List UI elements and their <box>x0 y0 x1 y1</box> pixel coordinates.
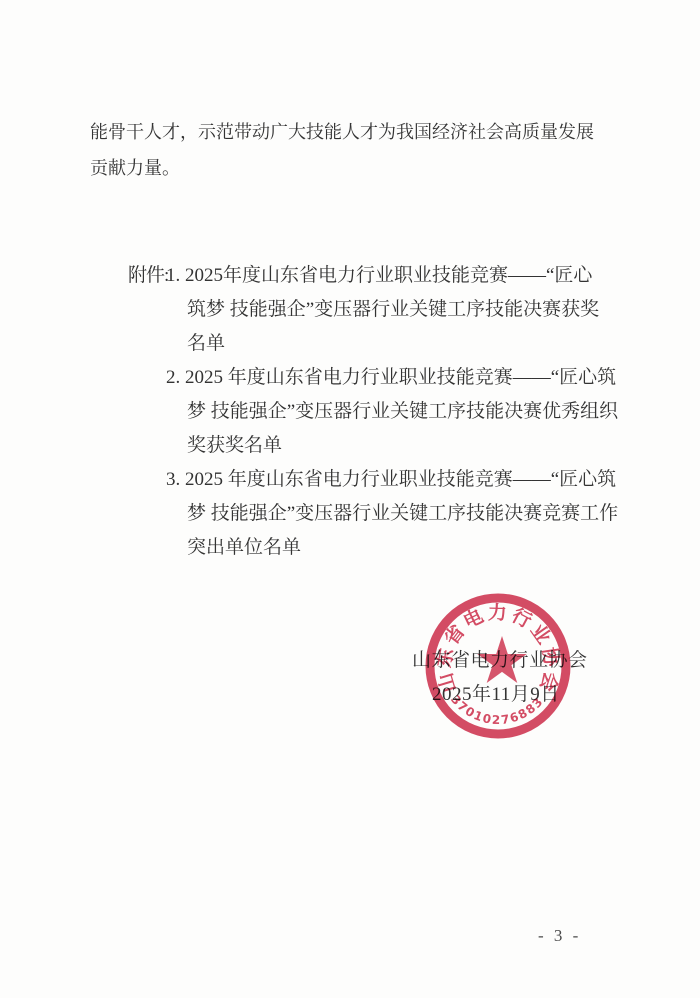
attachment-line: 1. 2025年度山东省电力行业职业技能竞赛——“匠心 <box>166 259 618 293</box>
paragraph-line: 贡献力量。 <box>90 150 594 186</box>
attachment-line: 梦 技能强企”变压器行业关键工序技能决赛竞赛工作 <box>187 497 618 531</box>
attachment-line: 突出单位名单 <box>187 531 618 565</box>
official-seal-stamp: 山东省电力行业协会 3701027688340 <box>425 593 571 739</box>
attachment-line: 筑梦 技能强企”变压器行业关键工序技能决赛获奖 <box>187 293 618 327</box>
attachment-line: 3. 2025 年度山东省电力行业职业技能竞赛——“匠心筑 <box>166 463 618 497</box>
attachment-line: 梦 技能强企”变压器行业关键工序技能决赛优秀组织 <box>187 395 618 429</box>
star-icon <box>477 636 526 683</box>
closing-paragraph: 能骨干人才，示范带动广大技能人才为我国经济社会高质量发展 贡献力量。 <box>90 114 594 186</box>
attachment-item-3: 3. 2025 年度山东省电力行业职业技能竞赛——“匠心筑 梦 技能强企”变压器… <box>166 463 618 565</box>
page-number: - 3 - <box>538 926 581 946</box>
attachment-list: 1. 2025年度山东省电力行业职业技能竞赛——“匠心 筑梦 技能强企”变压器行… <box>166 259 618 565</box>
document-page: 能骨干人才，示范带动广大技能人才为我国经济社会高质量发展 贡献力量。 附件: 1… <box>0 0 700 998</box>
attachment-item-1: 1. 2025年度山东省电力行业职业技能竞赛——“匠心 筑梦 技能强企”变压器行… <box>166 259 618 361</box>
attachment-section: 附件: 1. 2025年度山东省电力行业职业技能竞赛——“匠心 筑梦 技能强企”… <box>128 259 618 565</box>
attachment-line: 名单 <box>187 327 618 361</box>
attachment-line: 奖获奖名单 <box>187 429 618 463</box>
attachment-line: 2. 2025 年度山东省电力行业职业技能竞赛——“匠心筑 <box>166 361 618 395</box>
paragraph-line: 能骨干人才，示范带动广大技能人才为我国经济社会高质量发展 <box>90 114 594 150</box>
attachment-label: 附件: <box>128 259 166 293</box>
attachment-item-2: 2. 2025 年度山东省电力行业职业技能竞赛——“匠心筑 梦 技能强企”变压器… <box>166 361 618 463</box>
